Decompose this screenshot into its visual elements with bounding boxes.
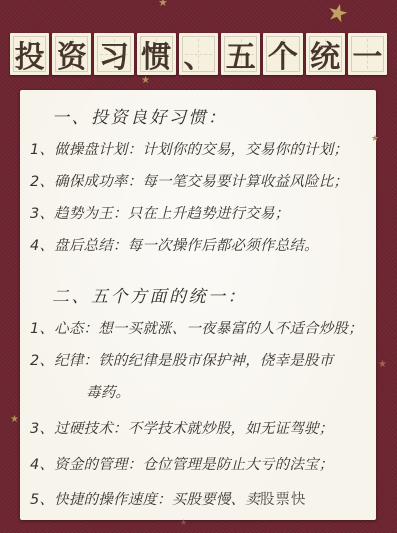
title-char: 习 (94, 33, 133, 75)
note-line-continuation: 毒药。 (30, 377, 368, 409)
title-char-box: 五 (221, 33, 260, 75)
note-line-handwritten-part: 5、快捷的操作速度：买股要慢、卖 (30, 492, 260, 508)
title-char-box: 资 (52, 33, 91, 75)
note-line: 4、资金的管理：仓位管理是防止大亏的法宝； (30, 449, 368, 481)
title-char: 惯 (137, 33, 176, 75)
note-line-printed-part: 股票快 (260, 492, 307, 508)
title-char-box: 统 (306, 33, 345, 75)
note-line: 2、确保成功率：每一笔交易要计算收益风险比； (30, 166, 368, 198)
title-char: 、 (179, 33, 218, 75)
note-line: 1、做操盘计划：计划你的交易，交易你的计划； (30, 134, 368, 166)
star-icon: ★ (180, 519, 187, 527)
star-icon: ★ (158, 0, 168, 8)
title-char-box: 惯 (137, 33, 176, 75)
star-icon: ★ (371, 135, 379, 144)
title-char-box: 个 (263, 33, 302, 75)
note-line: 4、盘后总结：每一次操作后都必须作总结。 (30, 230, 368, 262)
note-section-heading: 二、五个方面的统一： (30, 281, 368, 313)
title-char: 个 (263, 33, 302, 75)
title-char: 资 (52, 33, 91, 75)
title-char-box: 一 (348, 33, 387, 75)
note-line: 3、趋势为王：只在上升趋势进行交易； (30, 198, 368, 230)
note-line: 3、过硬技术：不学技术就炒股，如无证驾驶； (30, 413, 368, 445)
note-section-heading: 一、投资良好习惯： (30, 102, 368, 134)
note-paper: 一、投资良好习惯： 1、做操盘计划：计划你的交易，交易你的计划； 2、确保成功率… (20, 90, 376, 520)
star-icon: ★ (10, 415, 19, 425)
star-icon: ★ (324, 0, 351, 27)
title-char: 五 (221, 33, 260, 75)
title-char-box: 投 (10, 33, 49, 75)
title-banner: 投 资 习 惯 、 五 个 统 一 (10, 33, 387, 75)
title-char-box: 习 (94, 33, 133, 75)
title-char-box: 、 (179, 33, 218, 75)
star-icon: ★ (141, 76, 150, 86)
title-char: 统 (306, 33, 345, 75)
star-icon: ★ (378, 360, 387, 370)
note-line: 1、心态：想一买就涨、一夜暴富的人不适合炒股； (30, 313, 368, 345)
title-char: 一 (348, 33, 387, 75)
note-line: 5、快捷的操作速度：买股要慢、卖股票快 (30, 484, 368, 516)
note-line: 2、纪律：铁的纪律是股市保护神，侥幸是股市 (30, 345, 368, 377)
title-char: 投 (10, 33, 49, 75)
